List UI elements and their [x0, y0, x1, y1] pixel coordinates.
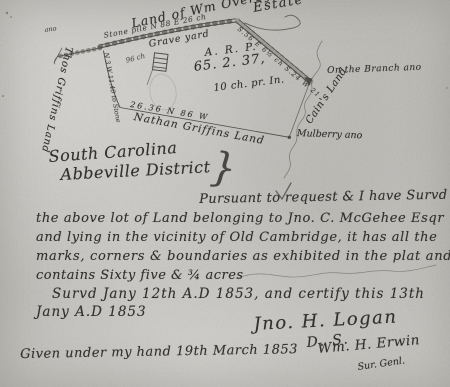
plat-label-mulberry-corner: Mulberry ano: [297, 128, 363, 141]
heading-brace: }: [208, 144, 238, 192]
certificate-line-5: contains Sixty five & ¾ acres: [36, 268, 244, 283]
certificate-line-3: and lying in the vicinity of Old Cambrid…: [36, 230, 437, 245]
certificate-line-7: Jany A.D 1853: [36, 304, 147, 320]
graveyard-symbol: [147, 52, 168, 86]
estate-flourish: [245, 15, 300, 30]
certificate-line-4: marks, corners & boundaries as exhibited…: [36, 249, 450, 264]
certificate-line-2: the above lot of Land belonging to Jno. …: [36, 211, 444, 226]
scanned-survey-plat-document: Land of Wm Overby's Estate Stone pile N …: [0, 0, 450, 387]
plat-label-spur-note: ano: [44, 24, 57, 34]
certificate-line-6: Survd Jany 12th A.D 1853, and certify th…: [52, 286, 425, 302]
acreage-flourish: [238, 265, 436, 278]
mulberry-corner-dot: [288, 136, 291, 139]
